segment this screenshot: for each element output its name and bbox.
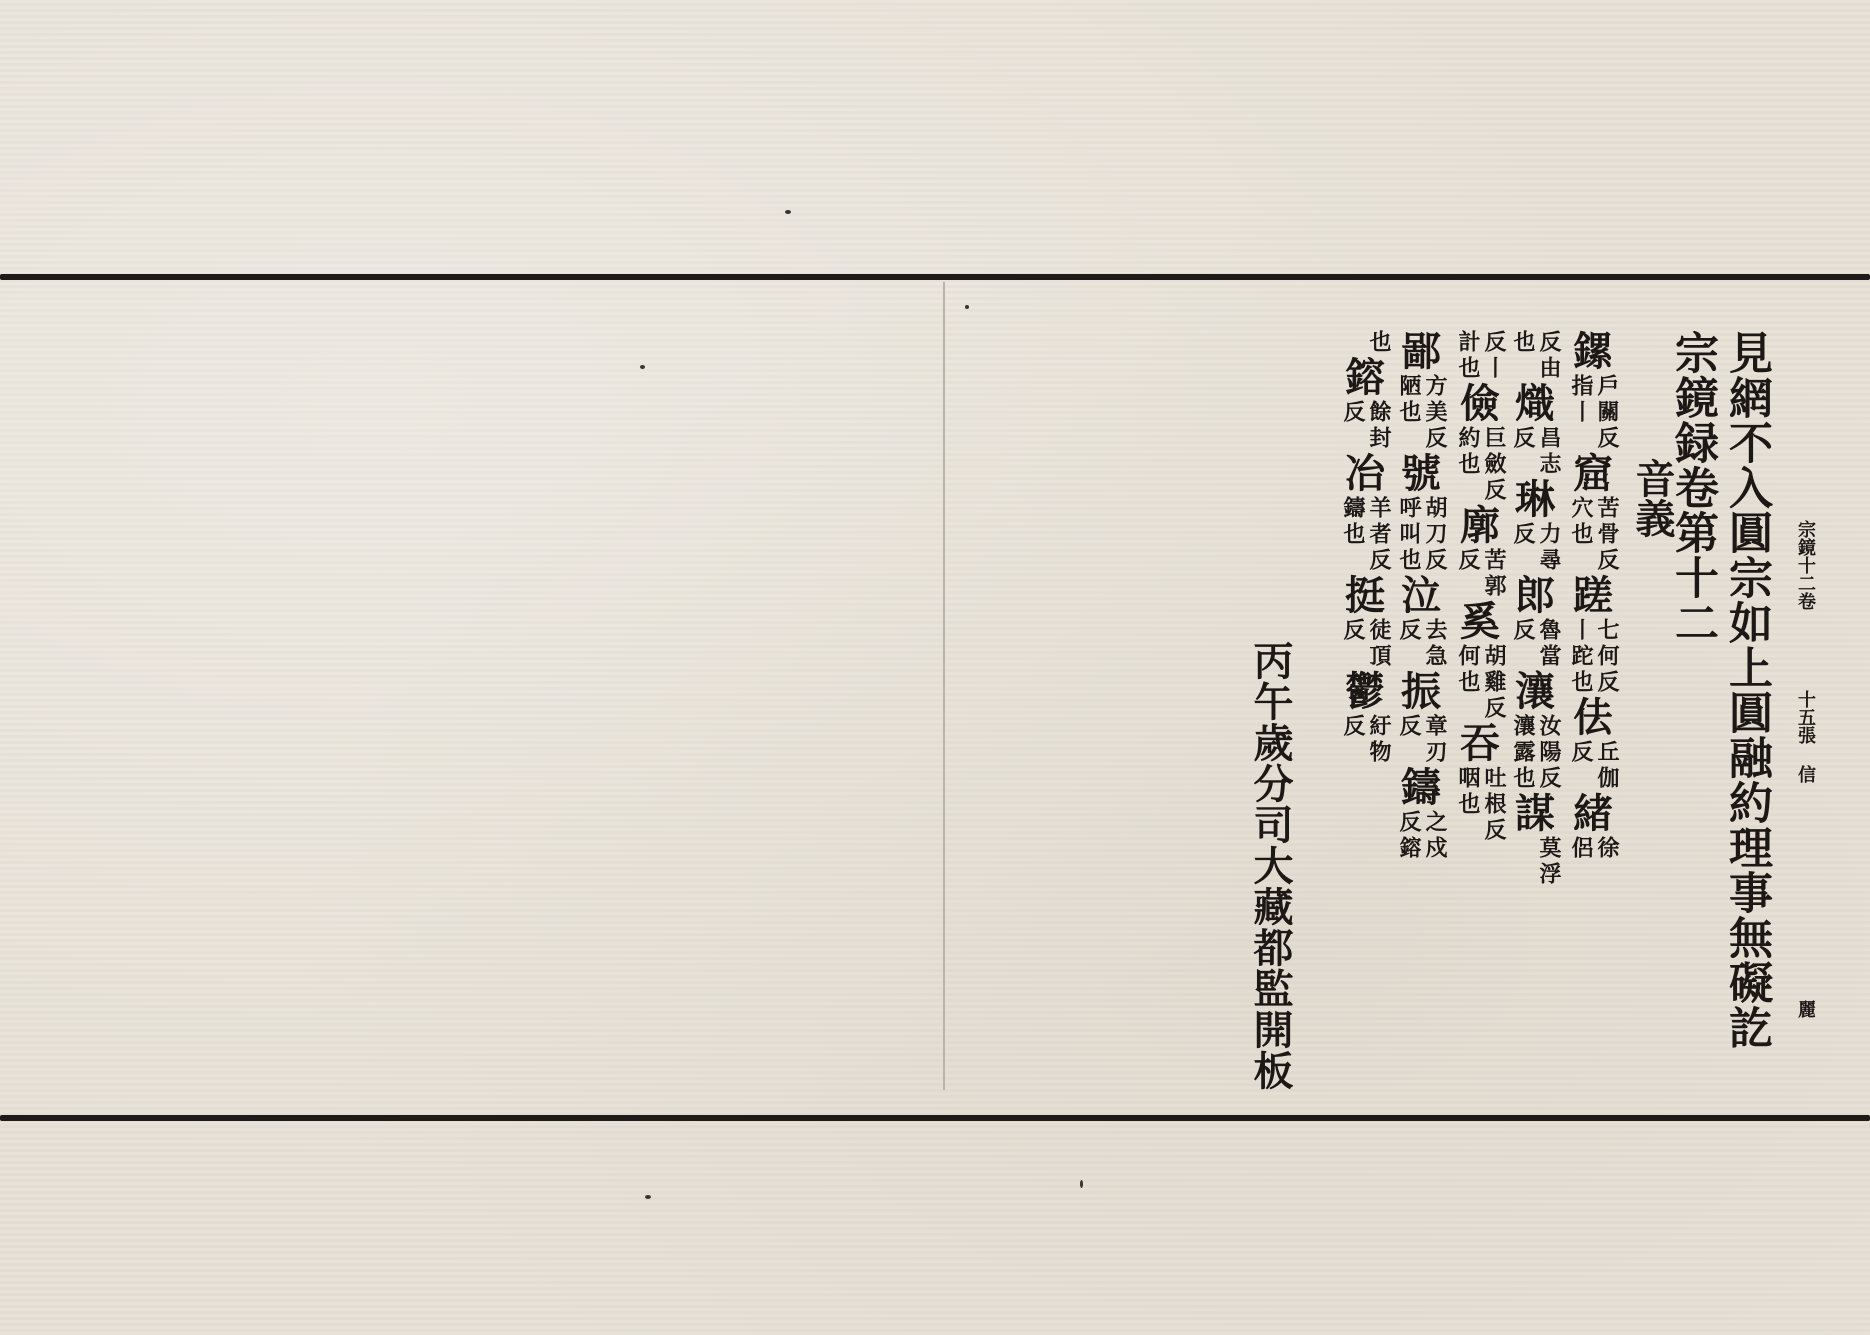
paper-speck — [965, 305, 969, 309]
glossary-entry: 儉 巨斂反 約也 — [1455, 382, 1505, 504]
headword: 冶 — [1345, 452, 1385, 496]
gloss-note: 魯當 反 — [1510, 618, 1560, 670]
gloss-note: 章刃 反 — [1396, 714, 1446, 766]
gloss-line: 反 — [1340, 618, 1364, 670]
gloss-line: 羊者反 — [1366, 496, 1390, 574]
gloss-note: 汝陽反 瀼露也 — [1510, 714, 1560, 792]
gloss-line: 反 — [1396, 714, 1420, 766]
glossary-entry: 窟 苦骨反 穴也 — [1568, 452, 1618, 574]
glossary-entry: 也 — [1340, 330, 1390, 356]
glossary-entry: 謀 莫浮 — [1510, 792, 1560, 888]
gloss-line: 吐根反 — [1481, 766, 1505, 844]
gloss-note: 反丨 計也 — [1455, 330, 1505, 382]
gloss-line: 方美反 — [1422, 374, 1446, 452]
gloss-line: 七何反 — [1594, 618, 1618, 696]
gloss-line: 約也 — [1455, 426, 1479, 504]
gloss-line: 苦骨反 — [1594, 496, 1618, 574]
gloss-line: 餘封 — [1366, 400, 1390, 452]
gloss-line: 紆物 — [1366, 714, 1390, 766]
gloss-line: 咽也 — [1455, 766, 1479, 844]
headword: 奚 — [1460, 600, 1500, 644]
gloss-note: 昌志 反 — [1510, 426, 1560, 478]
gloss-line: 巨斂反 — [1481, 426, 1505, 504]
headword: 鬱 — [1345, 670, 1385, 714]
gloss-line: 侶 — [1568, 836, 1592, 862]
gloss-line: 反由 — [1536, 330, 1560, 382]
gloss-line: 莫浮 — [1536, 836, 1560, 888]
gloss-line: 昌志 — [1536, 426, 1560, 478]
glossary-column-4: 鄙 方美反 陋也 號 胡刀反 呼叫也 泣 去急 反 振 章刃 反 鑄 之戍 反鎔 — [1396, 330, 1446, 862]
gloss-note: 胡刀反 呼叫也 — [1396, 496, 1446, 574]
glossary-entry: 鬱 紆物 反 — [1340, 670, 1390, 766]
gloss-note: 胡雞反 何也 — [1455, 644, 1505, 722]
glossary-entry: 廓 苦郭 反 — [1455, 504, 1505, 600]
glossary-column-3: 反丨 計也 儉 巨斂反 約也 廓 苦郭 反 奚 胡雞反 何也 吞 吐根反 咽也 — [1455, 330, 1505, 844]
gloss-note: 力尋 反 — [1510, 522, 1560, 574]
glossary-column-5: 也 鎔 餘封 反 冶 羊者反 鑄也 挺 徒頂 反 鬱 紆物 反 — [1340, 330, 1390, 766]
gloss-line: 鑄也 — [1340, 496, 1364, 574]
paper-speck — [785, 210, 791, 214]
margin-note-volume: 宗鏡十二卷 — [1796, 520, 1814, 610]
gloss-line: 反鎔 — [1396, 810, 1420, 862]
paper-speck — [1080, 1180, 1083, 1188]
glossary-entry: 奚 胡雞反 何也 — [1455, 600, 1505, 722]
glossary-entry: 琳 力尋 反 — [1510, 478, 1560, 574]
gloss-note: 也 — [1340, 330, 1390, 356]
headword: 儉 — [1460, 382, 1500, 426]
headword: 緒 — [1573, 792, 1613, 836]
gloss-line: 汝陽反 — [1536, 714, 1560, 792]
glossary-column-2: 反由 也 熾 昌志 反 琳 力尋 反 郎 魯當 反 瀼 汝陽反 瀼露也 謀 莫浮 — [1510, 330, 1560, 888]
glossary-entry: 鑄 之戍 反鎔 — [1396, 766, 1446, 862]
headword: 吞 — [1460, 722, 1500, 766]
gloss-line: 呼叫也 — [1396, 496, 1420, 574]
gloss-note: 巨斂反 約也 — [1455, 426, 1505, 504]
headword: 瀼 — [1515, 670, 1555, 714]
glossary-entry: 振 章刃 反 — [1396, 670, 1446, 766]
gloss-note: 七何反 丨跎也 — [1568, 618, 1618, 696]
headword: 鎔 — [1345, 356, 1385, 400]
gloss-line: 也 — [1366, 330, 1390, 356]
glossary-entry: 反丨 計也 — [1455, 330, 1505, 382]
title-line-1: 見網不入圓宗如上圓融約理事無礙訖 — [1724, 330, 1768, 1050]
headword: 熾 — [1515, 382, 1555, 426]
gloss-note: 徐 侶 — [1568, 836, 1618, 862]
headword: 鑄 — [1401, 766, 1441, 810]
glossary-entry: 泣 去急 反 — [1396, 574, 1446, 670]
gloss-note: 去急 反 — [1396, 618, 1446, 670]
gloss-line: 丨跎也 — [1568, 618, 1592, 696]
gloss-note: 莫浮 — [1510, 836, 1560, 888]
top-border-rule — [0, 274, 1870, 280]
glossary-entry: 鎔 餘封 反 — [1340, 356, 1390, 452]
headword: 鏍 — [1573, 330, 1613, 374]
gloss-line: 去急 — [1422, 618, 1446, 670]
gloss-note: 之戍 反鎔 — [1396, 810, 1446, 862]
gloss-line — [1340, 330, 1364, 356]
gloss-line: 丘伽 — [1594, 740, 1618, 792]
bottom-border-rule — [0, 1115, 1870, 1121]
gloss-line: 胡雞反 — [1481, 644, 1505, 722]
gloss-line: 反 — [1340, 400, 1364, 452]
gloss-line: 魯當 — [1536, 618, 1560, 670]
gloss-line: 反 — [1340, 714, 1364, 766]
margin-note-mark: 麗 — [1796, 1000, 1814, 1018]
headword: 鄙 — [1401, 330, 1441, 374]
gloss-note: 紆物 反 — [1340, 714, 1390, 766]
glossary-entry: 冶 羊者反 鑄也 — [1340, 452, 1390, 574]
gloss-line: 徐 — [1594, 836, 1618, 862]
headword: 廓 — [1460, 504, 1500, 548]
glossary-entry: 蹉 七何反 丨跎也 — [1568, 574, 1618, 696]
glossary-entry: 佉 丘伽 反 — [1568, 696, 1618, 792]
gloss-line: 反 — [1568, 740, 1592, 792]
gloss-line: 何也 — [1455, 644, 1479, 722]
gloss-note: 徒頂 反 — [1340, 618, 1390, 670]
gloss-note: 苦郭 反 — [1455, 548, 1505, 600]
gloss-line: 戶關反 — [1594, 374, 1618, 452]
gloss-line: 反 — [1510, 522, 1534, 574]
gloss-note: 苦骨反 穴也 — [1568, 496, 1618, 574]
headword: 泣 — [1401, 574, 1441, 618]
headword: 窟 — [1573, 452, 1613, 496]
gloss-line: 陋也 — [1396, 374, 1420, 452]
center-fold-line — [943, 282, 945, 1090]
gloss-line: 穴也 — [1568, 496, 1592, 574]
gloss-note: 吐根反 咽也 — [1455, 766, 1505, 844]
gloss-line: 之戍 — [1422, 810, 1446, 862]
gloss-line: 苦郭 — [1481, 548, 1505, 600]
glossary-entry: 吞 吐根反 咽也 — [1455, 722, 1505, 844]
gloss-line: 反丨 — [1481, 330, 1505, 382]
gloss-note: 方美反 陋也 — [1396, 374, 1446, 452]
gloss-line: 計也 — [1455, 330, 1479, 382]
gloss-note: 反由 也 — [1510, 330, 1560, 382]
glossary-entry: 鄙 方美反 陋也 — [1396, 330, 1446, 452]
headword: 郎 — [1515, 574, 1555, 618]
headword: 挺 — [1345, 574, 1385, 618]
headword: 振 — [1401, 670, 1441, 714]
glossary-entry: 挺 徒頂 反 — [1340, 574, 1390, 670]
gloss-note: 戶關反 指丨 — [1568, 374, 1618, 452]
gloss-line: 反 — [1510, 426, 1534, 478]
paper-speck — [645, 1195, 651, 1199]
glossary-entry: 鏍 戶關反 指丨 — [1568, 330, 1618, 452]
headword: 琳 — [1515, 478, 1555, 522]
gloss-line: 指丨 — [1568, 374, 1592, 452]
gloss-note: 羊者反 鑄也 — [1340, 496, 1390, 574]
glossary-entry: 號 胡刀反 呼叫也 — [1396, 452, 1446, 574]
glossary-entry: 反由 也 — [1510, 330, 1560, 382]
headword: 蹉 — [1573, 574, 1613, 618]
gloss-line: 瀼露也 — [1510, 714, 1534, 792]
gloss-line: 力尋 — [1536, 522, 1560, 574]
gloss-line: 反 — [1396, 618, 1420, 670]
gloss-line: 反 — [1455, 548, 1479, 600]
glossary-entry: 郎 魯當 反 — [1510, 574, 1560, 670]
gloss-line: 徒頂 — [1366, 618, 1390, 670]
title-line-2: 宗鏡録卷第十二 — [1670, 330, 1714, 645]
margin-note-page: 十五張 信 — [1796, 690, 1814, 783]
glossary-entry: 瀼 汝陽反 瀼露也 — [1510, 670, 1560, 792]
gloss-note: 丘伽 反 — [1568, 740, 1618, 792]
glossary-entry: 緒 徐 侶 — [1568, 792, 1618, 862]
paper-speck — [640, 365, 645, 369]
gloss-line: 也 — [1510, 330, 1534, 382]
headword: 佉 — [1573, 696, 1613, 740]
gloss-line: 章刃 — [1422, 714, 1446, 766]
glossary-column-1: 鏍 戶關反 指丨 窟 苦骨反 穴也 蹉 七何反 丨跎也 佉 丘伽 反 緒 徐 侶 — [1568, 330, 1618, 862]
colophon: 丙午歲分司大藏都監開板 — [1250, 640, 1290, 1091]
headword: 謀 — [1515, 792, 1555, 836]
gloss-note: 餘封 反 — [1340, 400, 1390, 452]
glossary-heading: 音義 — [1632, 458, 1672, 538]
headword: 號 — [1401, 452, 1441, 496]
gloss-line — [1510, 836, 1534, 888]
gloss-line: 反 — [1510, 618, 1534, 670]
gloss-line: 胡刀反 — [1422, 496, 1446, 574]
glossary-entry: 熾 昌志 反 — [1510, 382, 1560, 478]
